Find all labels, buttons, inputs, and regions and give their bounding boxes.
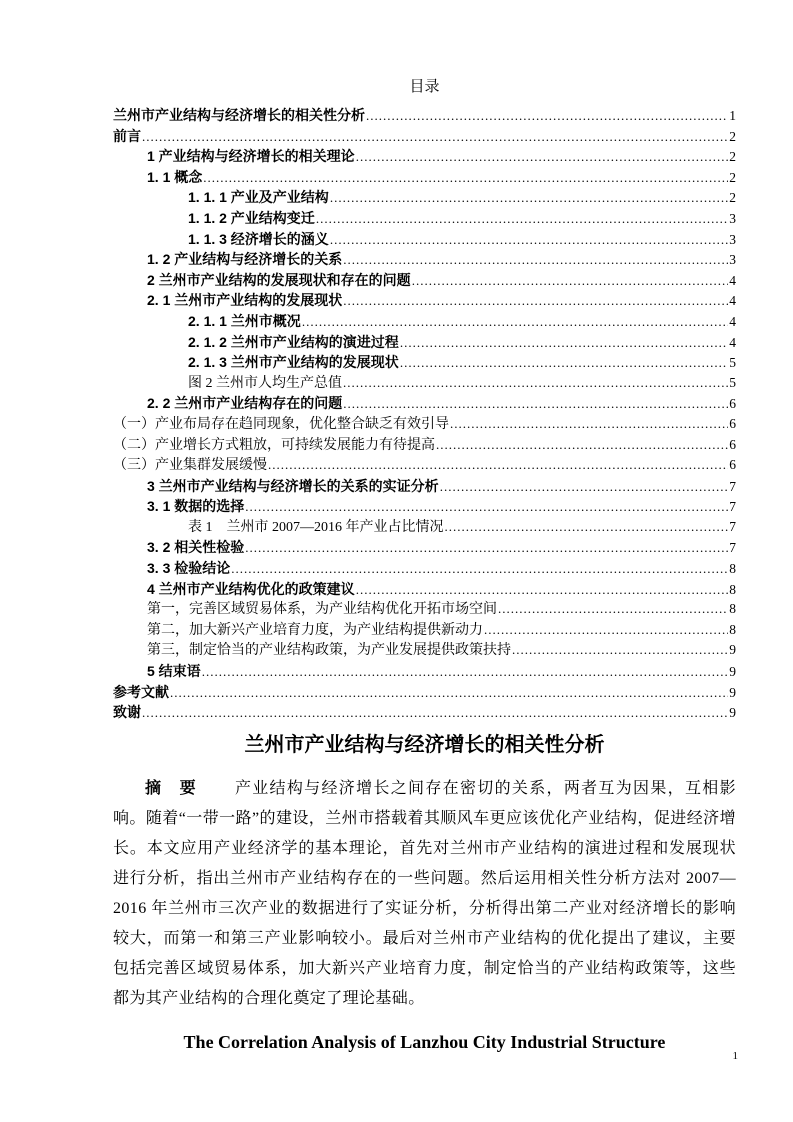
abstract-label: 摘 要 bbox=[145, 780, 197, 797]
toc-page-number: 2 bbox=[729, 127, 736, 148]
toc-entry[interactable]: （三）产业集群发展缓慢6 bbox=[113, 455, 736, 476]
toc-leader-dots bbox=[316, 209, 728, 231]
toc-page-number: 2 bbox=[729, 147, 736, 168]
toc-leader-dots bbox=[142, 703, 728, 725]
toc-leader-dots bbox=[484, 620, 728, 642]
toc-page-number: 9 bbox=[729, 683, 736, 704]
toc-entry-text: 3 兰州市产业结构与经济增长的关系的实证分析 bbox=[147, 476, 439, 497]
toc-entry-text: 2. 1 兰州市产业结构的发展现状 bbox=[147, 290, 342, 311]
toc-entry-text: 2. 1. 2 兰州市产业结构的演进过程 bbox=[188, 332, 399, 353]
toc-entry[interactable]: （二）产业增长方式粗放，可持续发展能力有待提高6 bbox=[113, 435, 736, 456]
toc-leader-dots bbox=[202, 662, 729, 684]
toc-entry[interactable]: 3. 2 相关性检验7 bbox=[113, 537, 736, 558]
toc-leader-dots bbox=[302, 312, 728, 334]
toc-page-number: 9 bbox=[729, 662, 736, 683]
toc-list: 兰州市产业结构与经济增长的相关性分析1前言21 产业结构与经济增长的相关理论21… bbox=[113, 105, 736, 723]
toc-page-number: 6 bbox=[729, 455, 736, 476]
toc-entry-text: 2. 2 兰州市产业结构存在的问题 bbox=[147, 393, 342, 414]
table-of-contents: 目录 兰州市产业结构与经济增长的相关性分析1前言21 产业结构与经济增长的相关理… bbox=[113, 76, 736, 723]
toc-leader-dots bbox=[245, 538, 728, 560]
toc-leader-dots bbox=[412, 271, 729, 293]
toc-leader-dots bbox=[245, 497, 728, 519]
toc-leader-dots bbox=[330, 230, 728, 252]
toc-entry-text: 兰州市产业结构与经济增长的相关性分析 bbox=[113, 105, 365, 126]
toc-leader-dots bbox=[268, 455, 728, 477]
toc-entry-text: 1. 1. 1 产业及产业结构 bbox=[188, 187, 329, 208]
toc-page-number: 4 bbox=[729, 271, 736, 292]
toc-page-number: 4 bbox=[729, 312, 736, 333]
toc-leader-dots bbox=[400, 353, 728, 375]
toc-entry-text: 参考文献 bbox=[113, 682, 169, 703]
toc-entry[interactable]: 1. 1. 1 产业及产业结构2 bbox=[113, 187, 736, 208]
toc-leader-dots bbox=[498, 599, 728, 621]
toc-leader-dots bbox=[440, 477, 729, 499]
toc-page-number: 7 bbox=[729, 477, 736, 498]
toc-page-number: 3 bbox=[729, 209, 736, 230]
toc-entry-text: 第一，完善区域贸易体系，为产业结构优化开拓市场空间 bbox=[147, 600, 497, 621]
toc-entry-text: （三）产业集群发展缓慢 bbox=[113, 456, 267, 477]
toc-leader-dots bbox=[450, 414, 728, 436]
toc-entry-text: 4 兰州市产业结构优化的政策建议 bbox=[147, 579, 355, 600]
toc-entry[interactable]: 3. 1 数据的选择7 bbox=[113, 496, 736, 517]
toc-page-number: 7 bbox=[729, 497, 736, 518]
toc-entry[interactable]: 致谢9 bbox=[113, 702, 736, 723]
toc-page-number: 6 bbox=[729, 414, 736, 435]
toc-leader-dots bbox=[436, 435, 728, 457]
toc-entry-text: 2. 1. 3 兰州市产业结构的发展现状 bbox=[188, 352, 399, 373]
toc-leader-dots bbox=[366, 106, 728, 128]
toc-leader-dots bbox=[330, 188, 728, 210]
toc-heading: 目录 bbox=[113, 76, 736, 98]
toc-entry[interactable]: 2. 1. 3 兰州市产业结构的发展现状5 bbox=[113, 352, 736, 373]
toc-entry-text: 3. 1 数据的选择 bbox=[147, 496, 244, 517]
toc-page-number: 4 bbox=[729, 333, 736, 354]
toc-leader-dots bbox=[343, 291, 728, 313]
toc-leader-dots bbox=[343, 373, 728, 395]
toc-entry[interactable]: 1 产业结构与经济增长的相关理论2 bbox=[113, 146, 736, 167]
abstract-paragraph: 摘 要产业结构与经济增长之间存在密切的关系，两者互为因果，互相影响。随着“一带一… bbox=[113, 774, 736, 1014]
toc-entry-text: 5 结束语 bbox=[147, 661, 201, 682]
toc-entry[interactable]: 前言2 bbox=[113, 126, 736, 147]
toc-entry[interactable]: 2. 2 兰州市产业结构存在的问题6 bbox=[113, 393, 736, 414]
toc-entry-text: （一）产业布局存在趋同现象，优化整合缺乏有效引导 bbox=[113, 415, 449, 436]
toc-page-number: 6 bbox=[729, 394, 736, 415]
toc-page-number: 7 bbox=[729, 517, 736, 538]
toc-leader-dots bbox=[203, 168, 728, 190]
toc-entry-text: 3. 3 检验结论 bbox=[147, 558, 230, 579]
toc-entry[interactable]: 1. 1. 2 产业结构变迁3 bbox=[113, 208, 736, 229]
toc-entry[interactable]: 参考文献9 bbox=[113, 682, 736, 703]
toc-entry-text: 1. 1. 2 产业结构变迁 bbox=[188, 208, 315, 229]
toc-entry[interactable]: 第一，完善区域贸易体系，为产业结构优化开拓市场空间8 bbox=[113, 599, 736, 620]
toc-entry[interactable]: 第二，加大新兴产业培育力度，为产业结构提供新动力8 bbox=[113, 620, 736, 641]
article: 兰州市产业结构与经济增长的相关性分析 摘 要产业结构与经济增长之间存在密切的关系… bbox=[113, 732, 736, 1054]
toc-entry-text: 2 兰州市产业结构的发展现状和存在的问题 bbox=[147, 270, 411, 291]
toc-entry[interactable]: 图 2 兰州市人均生产总值5 bbox=[113, 373, 736, 394]
toc-page-number: 8 bbox=[729, 599, 736, 620]
page-number: 1 bbox=[733, 1050, 739, 1062]
toc-entry[interactable]: 第三，制定恰当的产业结构政策，为产业发展提供政策扶持9 bbox=[113, 640, 736, 661]
toc-entry[interactable]: 2 兰州市产业结构的发展现状和存在的问题4 bbox=[113, 270, 736, 291]
toc-leader-dots bbox=[400, 333, 728, 355]
toc-entry-text: （二）产业增长方式粗放，可持续发展能力有待提高 bbox=[113, 436, 435, 457]
toc-leader-dots bbox=[343, 250, 728, 272]
toc-entry[interactable]: 表 1 兰州市 2007—2016 年产业占比情况7 bbox=[113, 517, 736, 538]
toc-page-number: 3 bbox=[729, 250, 736, 271]
toc-entry-text: 图 2 兰州市人均生产总值 bbox=[188, 374, 342, 395]
abstract-text: 产业结构与经济增长之间存在密切的关系，两者互为因果，互相影响。随着“一带一路”的… bbox=[113, 780, 736, 1007]
toc-page-number: 8 bbox=[729, 580, 736, 601]
toc-entry-text: 致谢 bbox=[113, 702, 141, 723]
toc-page-number: 9 bbox=[729, 640, 736, 661]
toc-entry-text: 第二，加大新兴产业培育力度，为产业结构提供新动力 bbox=[147, 621, 483, 642]
toc-page-number: 3 bbox=[729, 230, 736, 251]
toc-entry[interactable]: 兰州市产业结构与经济增长的相关性分析1 bbox=[113, 105, 736, 126]
toc-entry[interactable]: 2. 1. 1 兰州市概况4 bbox=[113, 311, 736, 332]
toc-leader-dots bbox=[445, 517, 729, 539]
toc-entry[interactable]: 2. 1 兰州市产业结构的发展现状4 bbox=[113, 290, 736, 311]
toc-page-number: 8 bbox=[729, 559, 736, 580]
toc-entry-text: 1. 2 产业结构与经济增长的关系 bbox=[147, 249, 342, 270]
toc-entry-text: 1 产业结构与经济增长的相关理论 bbox=[147, 146, 355, 167]
toc-page-number: 5 bbox=[729, 373, 736, 394]
toc-entry-text: 第三，制定恰当的产业结构政策，为产业发展提供政策扶持 bbox=[147, 641, 511, 662]
toc-entry[interactable]: 1. 2 产业结构与经济增长的关系3 bbox=[113, 249, 736, 270]
toc-entry-text: 1. 1 概念 bbox=[147, 167, 202, 188]
toc-leader-dots bbox=[512, 640, 728, 662]
toc-page-number: 6 bbox=[729, 435, 736, 456]
toc-leader-dots bbox=[142, 127, 728, 149]
toc-entry-text: 3. 2 相关性检验 bbox=[147, 537, 244, 558]
english-title: The Correlation Analysis of Lanzhou City… bbox=[113, 1030, 736, 1054]
toc-entry[interactable]: 3 兰州市产业结构与经济增长的关系的实证分析7 bbox=[113, 476, 736, 497]
toc-entry[interactable]: （一）产业布局存在趋同现象，优化整合缺乏有效引导6 bbox=[113, 414, 736, 435]
document-page: 目录 兰州市产业结构与经济增长的相关性分析1前言21 产业结构与经济增长的相关理… bbox=[0, 0, 793, 1122]
toc-leader-dots bbox=[231, 559, 728, 581]
article-title: 兰州市产业结构与经济增长的相关性分析 bbox=[113, 732, 736, 759]
toc-entry[interactable]: 3. 3 检验结论8 bbox=[113, 558, 736, 579]
toc-page-number: 4 bbox=[729, 291, 736, 312]
toc-leader-dots bbox=[170, 683, 728, 705]
toc-page-number: 5 bbox=[729, 353, 736, 374]
toc-entry-text: 2. 1. 1 兰州市概况 bbox=[188, 311, 301, 332]
toc-entry[interactable]: 2. 1. 2 兰州市产业结构的演进过程4 bbox=[113, 332, 736, 353]
toc-page-number: 9 bbox=[729, 703, 736, 724]
toc-leader-dots bbox=[356, 147, 729, 169]
toc-entry[interactable]: 5 结束语9 bbox=[113, 661, 736, 682]
toc-entry[interactable]: 1. 1. 3 经济增长的涵义3 bbox=[113, 229, 736, 250]
toc-leader-dots bbox=[356, 580, 729, 602]
toc-entry-text: 表 1 兰州市 2007—2016 年产业占比情况 bbox=[188, 518, 444, 539]
toc-entry[interactable]: 1. 1 概念2 bbox=[113, 167, 736, 188]
toc-entry-text: 1. 1. 3 经济增长的涵义 bbox=[188, 229, 329, 250]
toc-page-number: 1 bbox=[729, 106, 736, 127]
toc-page-number: 2 bbox=[729, 188, 736, 209]
toc-leader-dots bbox=[343, 394, 728, 416]
toc-entry[interactable]: 4 兰州市产业结构优化的政策建议8 bbox=[113, 579, 736, 600]
toc-page-number: 2 bbox=[729, 168, 736, 189]
toc-entry-text: 前言 bbox=[113, 126, 141, 147]
toc-page-number: 7 bbox=[729, 538, 736, 559]
toc-page-number: 8 bbox=[729, 620, 736, 641]
